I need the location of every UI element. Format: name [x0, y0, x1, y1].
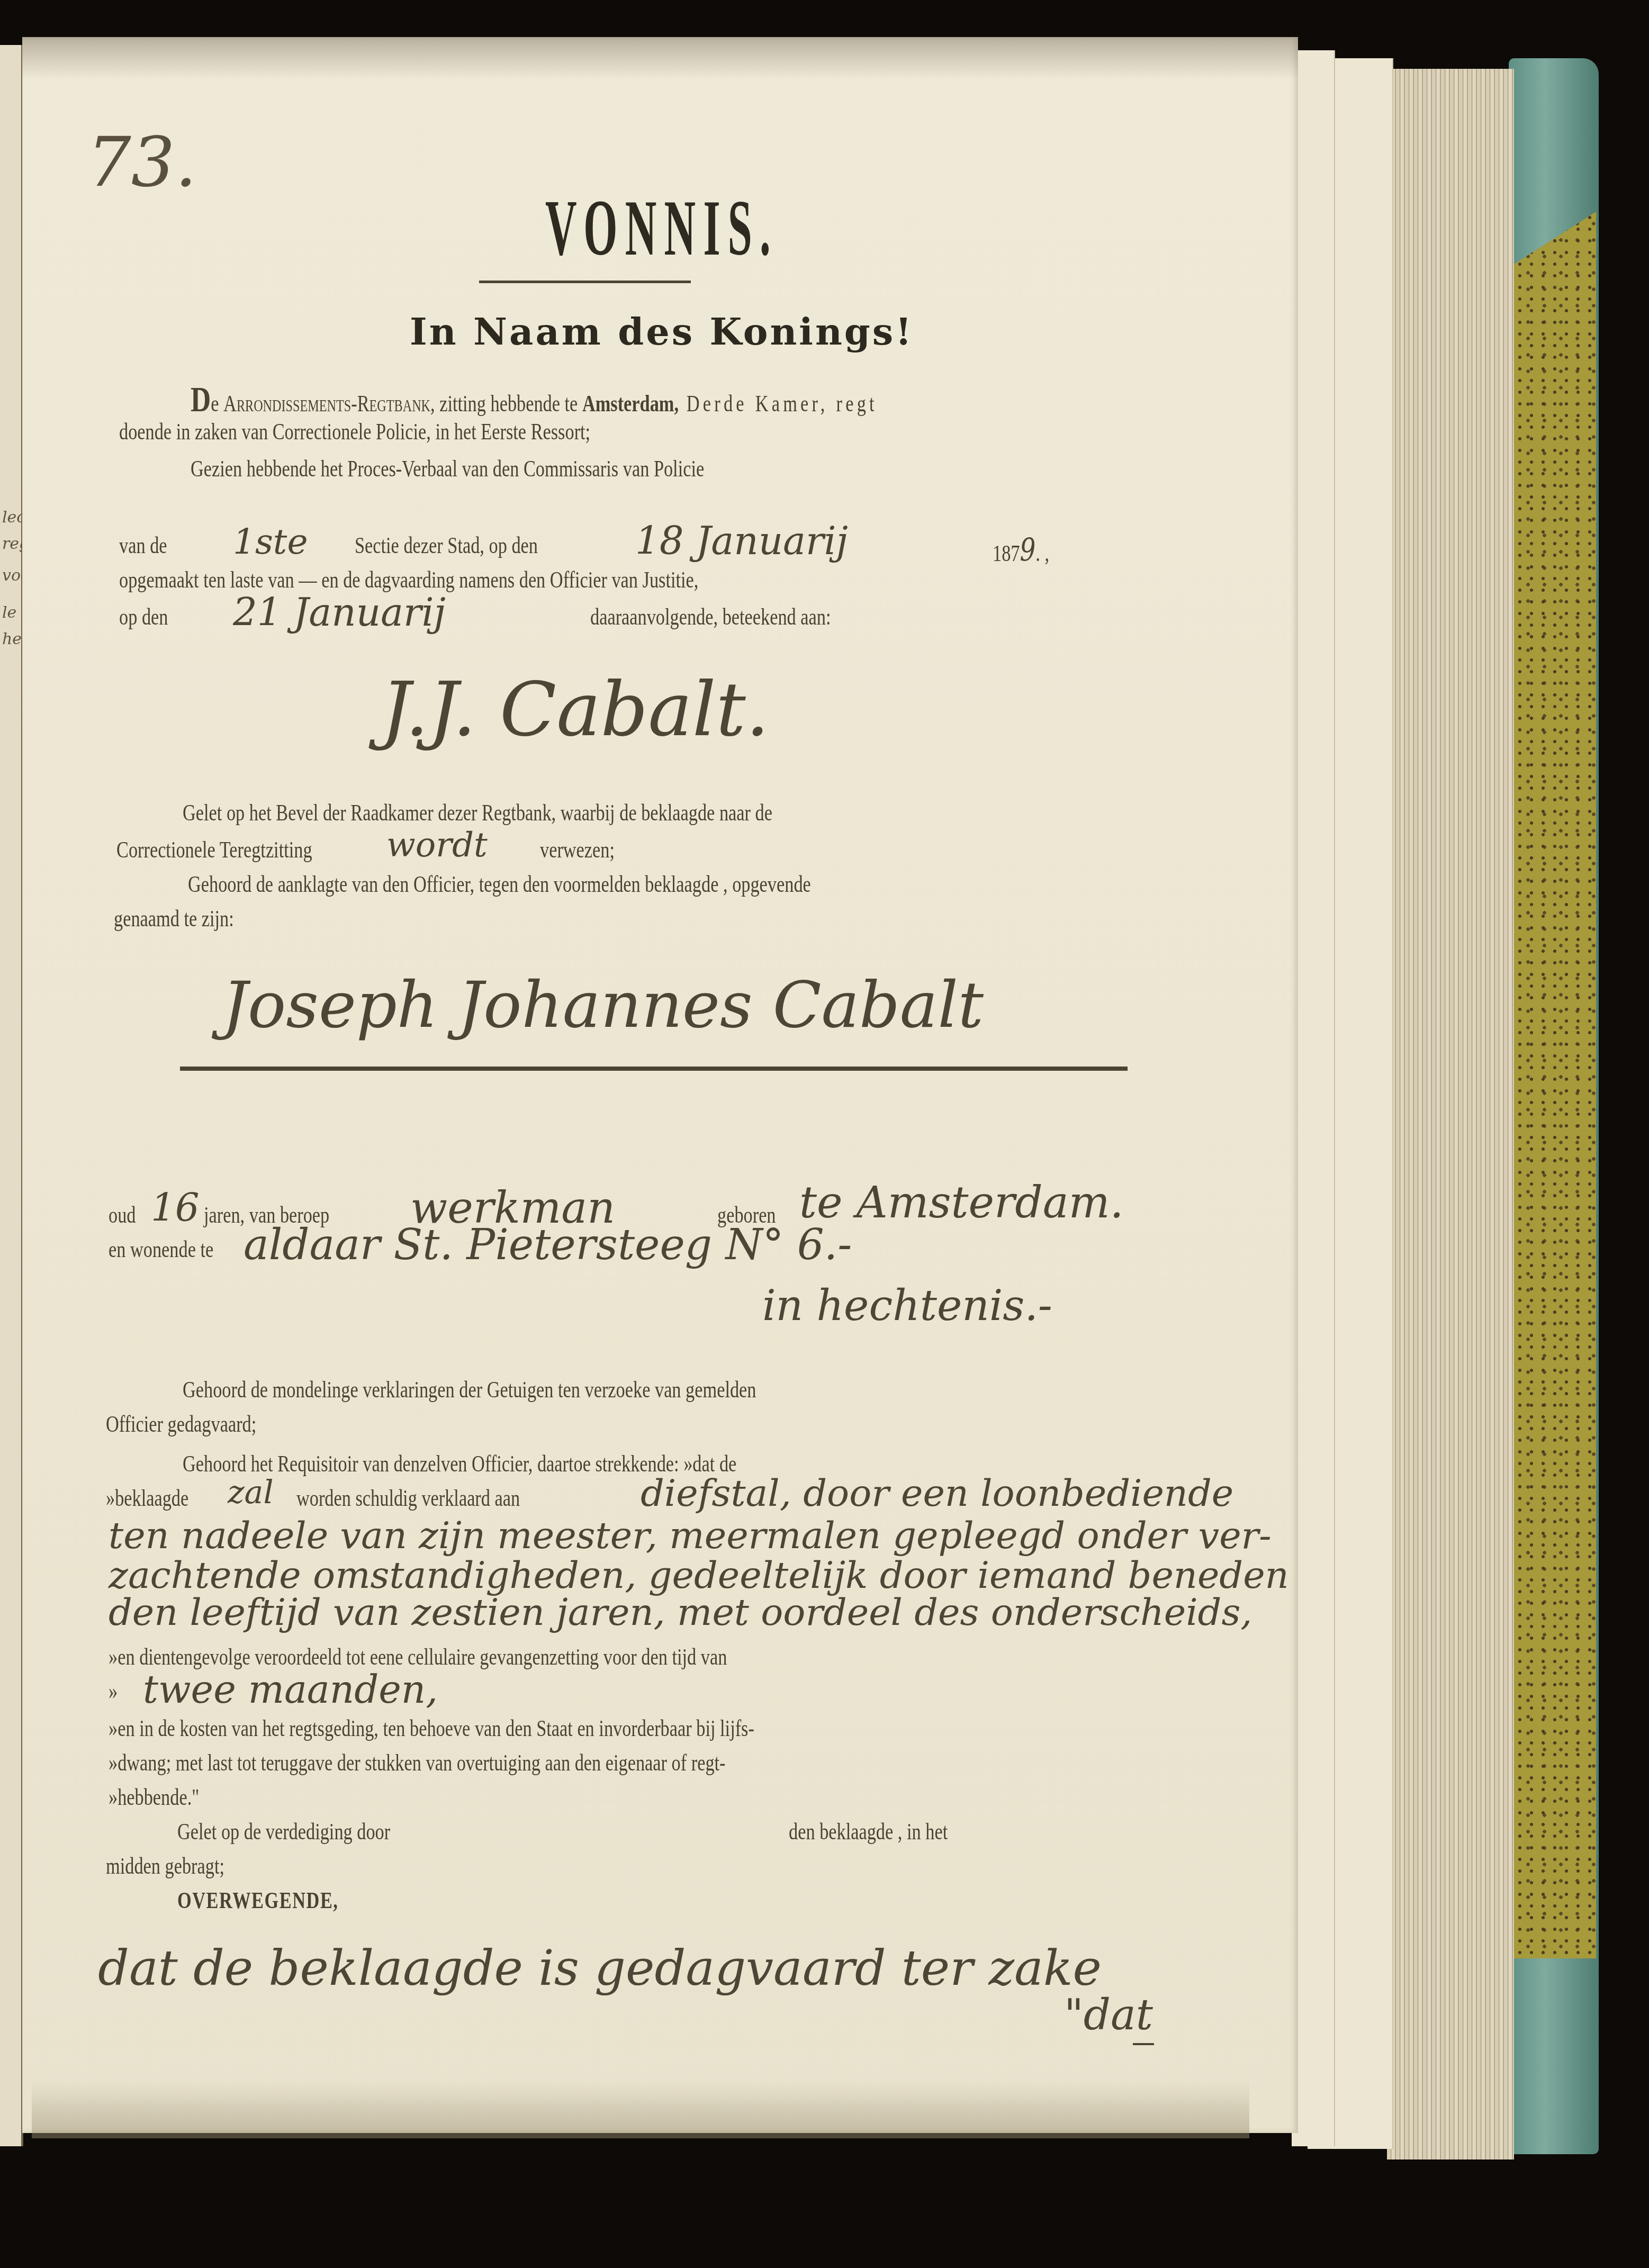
defense-line-1a: Gelet op de verdediging door	[177, 1818, 390, 1845]
custody-handwritten: in hechtenis.-	[762, 1281, 1052, 1330]
defense-line-2: midden gebragt;	[106, 1853, 224, 1880]
title-rule	[479, 281, 691, 283]
closing-dash	[1133, 2043, 1154, 2045]
oud-label: oud	[109, 1201, 136, 1228]
defense-line-1b: den beklaagde , in het	[789, 1818, 948, 1845]
genaamd-line: genaamd te zijn:	[114, 905, 234, 932]
text: Correctionele Teregtzitting	[116, 837, 312, 863]
age-handwritten: 16	[151, 1186, 200, 1230]
defendant-full-name: Joseph Johannes Cabalt	[222, 969, 984, 1042]
year-suffix: . ,	[1035, 540, 1049, 566]
gelet-line-2b: verwezen;	[540, 836, 615, 863]
document-subtitle: In Naam des Konings!	[0, 310, 1323, 354]
gehoord-aanklagte-line: Gehoord de aanklagte van den Officier, t…	[188, 871, 811, 898]
text: e	[211, 391, 223, 417]
costs-line-3: »hebbende."	[109, 1784, 199, 1811]
previous-page-edge	[0, 45, 23, 2146]
served-label: daaraanvolgende, beteekend aan:	[590, 603, 831, 630]
court-line-1: De Arrondissements-Regtbank, zitting heb…	[191, 378, 878, 420]
page-stack-fore-edge	[1387, 69, 1514, 2159]
text: zitting hebbende te	[435, 391, 582, 417]
date-handwritten: 18 Januarij	[635, 519, 848, 563]
year-prefix: 187	[993, 540, 1020, 566]
charge-line-2: ten nadeele van zijn meester, meermalen …	[109, 1514, 1272, 1557]
city-name: Amsterdam,	[582, 391, 679, 417]
gehoord-getuigen-line: Gehoord de mondelinge verklaringen der G…	[183, 1376, 756, 1403]
served-date-handwritten: 21 Januarij	[233, 590, 446, 635]
residence-handwritten: aldaar St. Pietersteeg N° 6.-	[244, 1220, 852, 1269]
costs-line-1: »en in de kosten van het regtsgeding, te…	[109, 1715, 754, 1742]
name-rule	[180, 1067, 1128, 1071]
document-title: VONNIS.	[545, 183, 778, 274]
margin-note: le	[2, 603, 16, 622]
charge-line-4: den leeftijd van zestien jaren, met oord…	[109, 1591, 1252, 1634]
closing-handwritten: dat de beklaagde is gedagvaard ter zake	[98, 1940, 1102, 1996]
year-printed: 1879. ,	[993, 532, 1049, 569]
opgemaakt-line: opgemaakt ten laste van — en de dagvaard…	[119, 566, 698, 593]
sectie-label: Sectie dezer Stad, op den	[355, 532, 538, 559]
book-cover-marbled-paper	[1514, 212, 1596, 1958]
wonende-label: en wonende te	[109, 1236, 213, 1263]
underlying-page	[1292, 50, 1335, 2146]
closing-handwritten-2: "dat	[1064, 1990, 1153, 2039]
gezien-line: Gezien hebbende het Proces-Verbaal van d…	[191, 455, 704, 482]
gelet-line-1: Gelet op het Bevel der Raadkamer dezer R…	[183, 799, 772, 826]
court-name: Arrondissements-Regtbank,	[223, 391, 435, 417]
gelet-line-2: Correctionele Teregtzitting	[116, 836, 312, 863]
gedagvaard-line: Officier gedagvaard;	[106, 1411, 256, 1438]
sentence-line: »en dientengevolge veroordeeld tot eene …	[109, 1643, 727, 1670]
sectie-handwritten: 1ste	[233, 521, 308, 562]
op-den-label: op den	[119, 603, 168, 630]
zal-handwritten: zal	[228, 1474, 274, 1511]
overwegende-heading: OVERWEGENDE,	[177, 1887, 339, 1914]
chamber: Derde Kamer, regt	[679, 391, 878, 417]
page-top-shadow	[22, 37, 1298, 79]
year-handwritten: 9	[1020, 532, 1035, 569]
schuldig-label: worden schuldig verklaard aan	[296, 1485, 520, 1512]
sentence-prefix: »	[109, 1678, 118, 1705]
costs-line-2: »dwang; met last tot teruggave der stukk…	[109, 1749, 726, 1776]
van-de-label: van de	[119, 532, 167, 559]
gelet-handwritten: wordt	[386, 826, 488, 865]
page-water-stain	[32, 2080, 1249, 2138]
title-wrap: VONNIS.	[0, 183, 1323, 274]
defendant-short-name: J.J. Cabalt.	[381, 667, 769, 753]
drop-cap: D	[191, 379, 211, 419]
beklaagde-label: »beklaagde	[106, 1485, 188, 1512]
sentence-handwritten: twee maanden,	[143, 1667, 438, 1712]
court-line-2: doende in zaken van Correctionele Polici…	[119, 418, 590, 445]
charge-line-1: diefstal, door een loonbediende	[641, 1471, 1233, 1515]
